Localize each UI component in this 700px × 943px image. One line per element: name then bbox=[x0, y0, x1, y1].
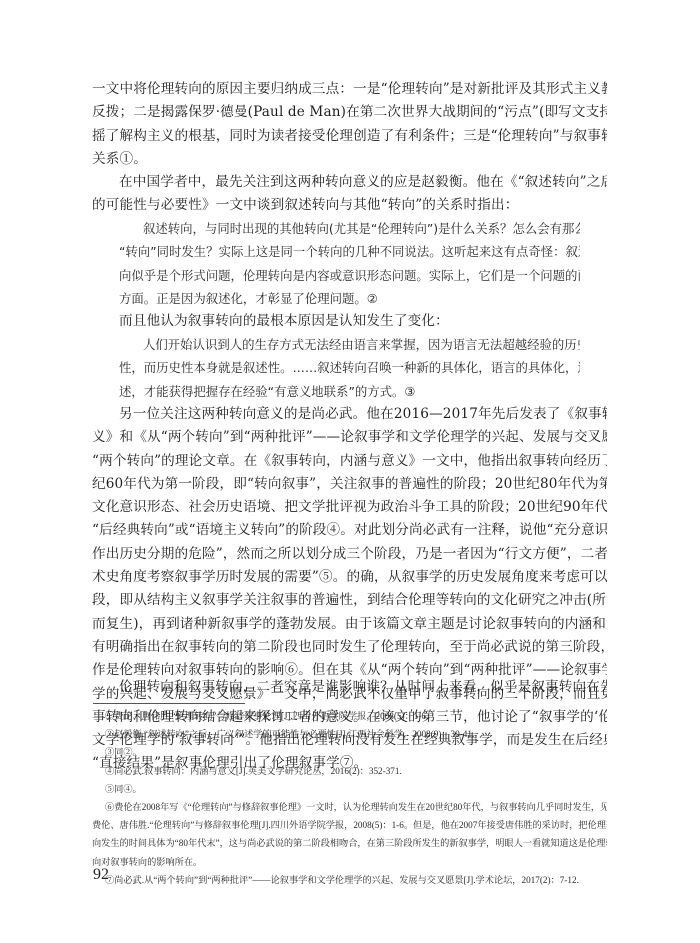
paragraph-cognition: 而且他认为叙事转向的最根本原因是认知发生了变化： bbox=[92, 310, 607, 333]
text-line: 术史角度考察叙事学历时发展的需要”⑤。的确，从叙事学的历史发展角度来考虑可以划分… bbox=[92, 566, 607, 589]
footnote-6: ⑥费伦在2008年写《“伦理转向”与修辞叙事伦理》一文时，认为伦理转向发生在20… bbox=[92, 798, 607, 816]
quote-line: 叙述转向，与同时出现的其他转向(尤其是“伦理转向”)是什么关系？怎么会有那么多 bbox=[119, 217, 580, 240]
text-line: 另一位关注这两种转向意义的是尚必武。他在2016—2017年先后发表了《叙事转向… bbox=[92, 403, 607, 426]
text-line: 有明确指出在叙事转向的第二阶段也同时发生了伦理转向，至于尚必武说的第三阶段，我们… bbox=[92, 636, 607, 659]
text-line: 伦理转向和叙事转向，二者究竟是谁影响谁？从时间上来看，似乎是叙事转向在先——假如… bbox=[92, 676, 607, 699]
footnote-6-cont: 向发生的时间具体为“80年代末”，这与尚必武说的第二阶段相吻合，在第三阶段所发生… bbox=[92, 834, 607, 852]
text-line: 在中国学者中，最先关注到这两种转向意义的应是赵毅衡。他在《“叙述转向”之后：广义… bbox=[92, 171, 607, 194]
text-line: “两个转向”的理论文章。在《叙事转向，内涵与意义》一文中，他指出叙事转向经历了三… bbox=[92, 450, 607, 473]
footnote-3: ③同②。 bbox=[92, 743, 607, 761]
text-line: 纪60年代为第一阶段，即“转向叙事”，关注叙事的普遍性的阶段；20世纪80年代为… bbox=[92, 473, 607, 496]
quote-line: 向似乎是个形式问题，伦理转向是内容或意识形态问题。实际上，它们是一个问题的两个 bbox=[119, 264, 580, 287]
quote-line: 人们开始认识到人的生存方式无法经由语言来掌握，因为语言无法超越经验的历史 bbox=[119, 333, 580, 356]
footnote-7: ⑦尚必武.从“两个转向”到“两种批评”——论叙事学和文学伦理学的兴起、发展与交叉… bbox=[92, 871, 607, 889]
quote-line: 述，才能获得把握存在经验“有意义地联系”的方式。③ bbox=[119, 380, 580, 403]
text-line: 而且他认为叙事转向的最根本原因是认知发生了变化： bbox=[92, 310, 607, 333]
paragraph-which-influences-which: 伦理转向和叙事转向，二者究竟是谁影响谁？从时间上来看，似乎是叙事转向在先——假如… bbox=[92, 676, 607, 699]
footnote-4: ④尚必武.叙事转向：内涵与意义[J].英美文学研究论丛，2016(2)：352-… bbox=[92, 762, 607, 780]
text-line: 而复生)，再到诸种新叙事学的蓬勃发展。由于该篇文章主题是讨论叙事转向的内涵和意义… bbox=[92, 613, 607, 636]
text-line: 作出历史分期的危险”，然而之所以划分成三个阶段，乃是一者因为“行文方便”，二者因… bbox=[92, 543, 607, 566]
footnote-6-cont: 费伦、唐伟胜.“伦理转向”与修辞叙事伦理[J].四川外语学院学报，2008(5)… bbox=[92, 816, 607, 834]
block-quote-1: 叙述转向，与同时出现的其他转向(尤其是“伦理转向”)是什么关系？怎么会有那么多 … bbox=[119, 217, 580, 310]
footnote-divider bbox=[93, 703, 245, 704]
text-line: 一文中将伦理转向的原因主要归纳成三点：一是“伦理转向”是对新批评及其形式主义教条… bbox=[92, 78, 607, 101]
paragraph-continuation: 一文中将伦理转向的原因主要归纳成三点：一是“伦理转向”是对新批评及其形式主义教条… bbox=[92, 78, 607, 171]
quote-line: “转向”同时发生？实际上这是同一个转向的几种不同说法。这听起来这有点奇怪：叙述转 bbox=[119, 240, 580, 263]
footnotes: ①费伦、唐伟胜.“伦理转向”与修辞叙事伦理[J].四川外语学院学报，2008(5… bbox=[92, 707, 607, 889]
text-line: 段，即从结构主义叙事学关注叙事的普遍性，到结合伦理等转向的文化研究之冲击(所谓叙… bbox=[92, 589, 607, 612]
text-line: 反拨；二是揭露保罗·德曼(Paul de Man)在第二次世界大战期间的“污点”… bbox=[92, 101, 607, 124]
text-line: 关系①。 bbox=[92, 148, 607, 171]
footnote-5: ⑤同④。 bbox=[92, 780, 607, 798]
text-line: 摇了解构主义的根基，同时为读者接受伦理创造了有利条件；三是“伦理转向”与叙事转向… bbox=[92, 125, 607, 148]
page-number: 92 bbox=[93, 866, 109, 884]
quote-line: 方面。正是因为叙述化，才彰显了伦理问题。② bbox=[119, 287, 580, 310]
footnote-6-cont: 向对叙事转向的影响所在。 bbox=[92, 853, 607, 871]
text-line: 义》和《从“两个转向”到“两种批评”——论叙事学和文学伦理学的兴起、发展与交叉愿… bbox=[92, 426, 607, 449]
text-line: “后经典转向”或“语境主义转向”的阶段④。对此划分尚必武有一注释，说他“充分意识… bbox=[92, 519, 607, 542]
document-page: 一文中将伦理转向的原因主要归纳成三点：一是“伦理转向”是对新批评及其形式主义教条… bbox=[0, 0, 700, 943]
footnote-1: ①费伦、唐伟胜.“伦理转向”与修辞叙事伦理[J].四川外语学院学报，2008(5… bbox=[92, 707, 607, 725]
paragraph-zhao-yiheng: 在中国学者中，最先关注到这两种转向意义的应是赵毅衡。他在《“叙述转向”之后：广义… bbox=[92, 171, 607, 218]
text-line: 文化意识形态、社会历史语境、把文学批评视为政治斗争工具的阶段；20世纪90年代为… bbox=[92, 496, 607, 519]
text-line: 的可能性与必要性》一文中谈到叙述转向与其他“转向”的关系时指出： bbox=[92, 194, 607, 217]
block-quote-2: 人们开始认识到人的生存方式无法经由语言来掌握，因为语言无法超越经验的历史 性，而… bbox=[119, 333, 580, 403]
quote-line: 性，而历史性本身就是叙述性。……叙述转向召唤一种新的具体化，语言的具体化，通过叙 bbox=[119, 356, 580, 379]
footnote-2: ②赵毅衡.“叙述转向”之后：广义叙述学的可能性与必要性[J].江西社会科学，20… bbox=[92, 725, 607, 743]
